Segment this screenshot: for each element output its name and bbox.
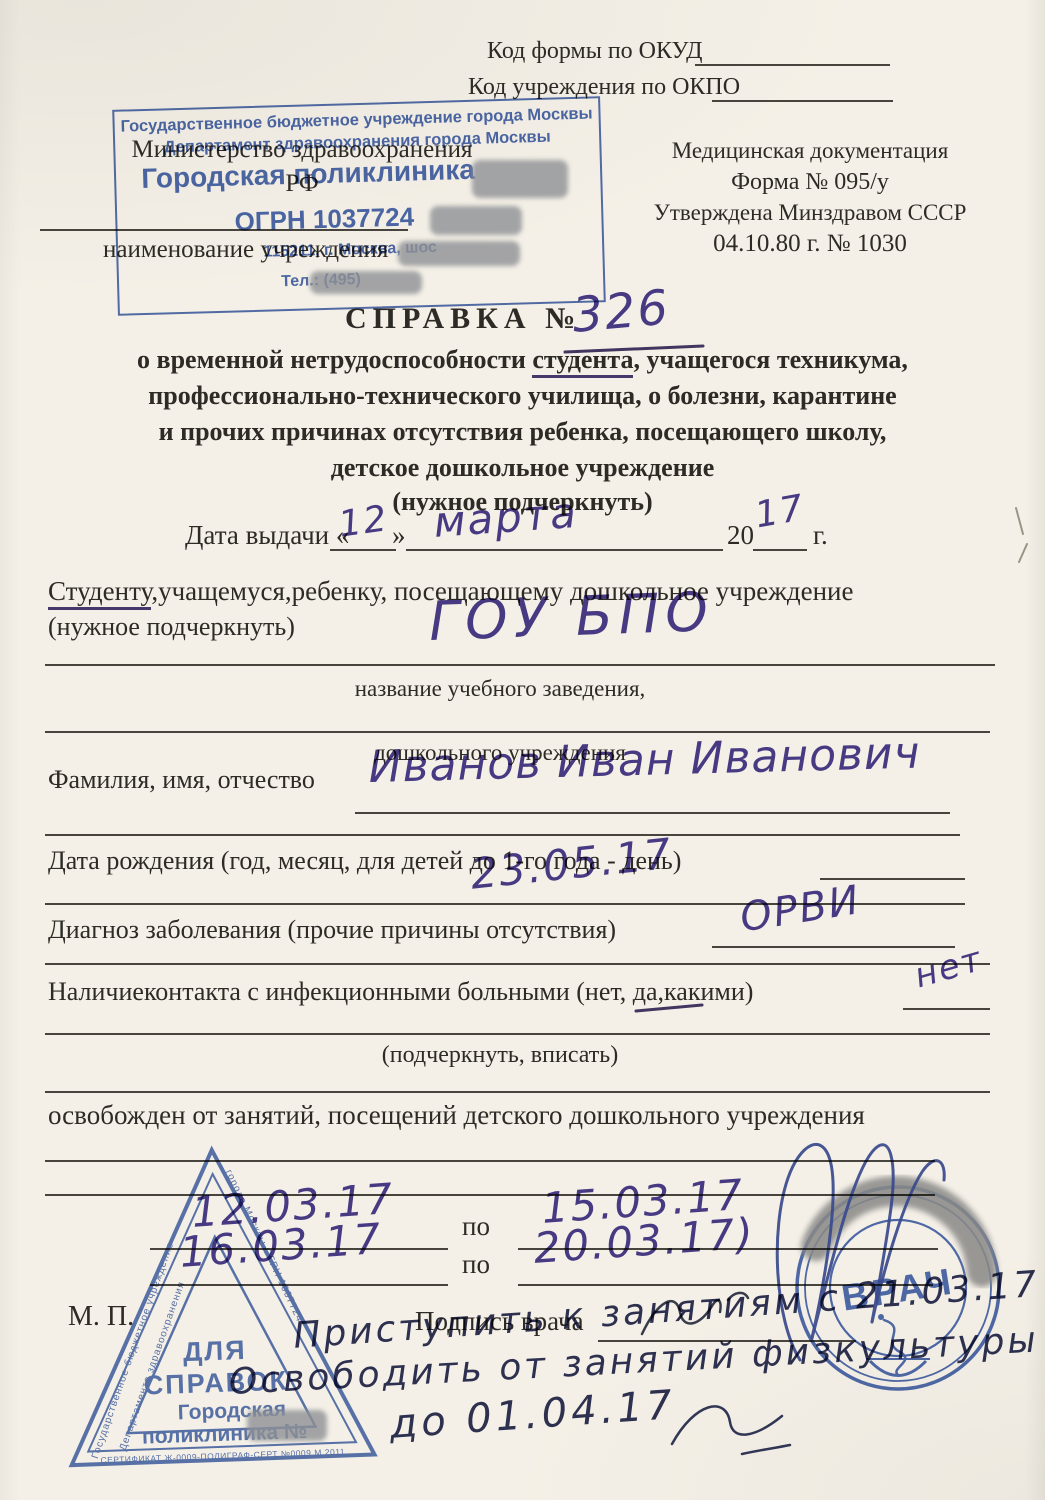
release-row2-line-left [150, 1284, 448, 1286]
issue-month-handwritten: марта [432, 488, 579, 547]
issue-month-line [406, 549, 723, 551]
redaction-patch-clinic-number [472, 160, 568, 198]
fio-handwritten: Иванов Иван Иванович [368, 728, 921, 793]
issue-quote-close: » [392, 520, 406, 551]
diagnosis-line [712, 946, 955, 948]
release-line-top [45, 1160, 935, 1162]
medical-certificate-scan: Код формы по ОКУД Код учреждения по ОКПО… [0, 0, 1045, 1500]
issue-year-suffix: г. [813, 520, 828, 551]
school-name-handwritten: ГОУ БПО [428, 580, 715, 653]
issue-day-handwritten: 12 [336, 498, 391, 546]
student-note: (нужное подчеркнуть) [48, 612, 295, 642]
school-name-line [45, 664, 995, 666]
school-caption: название учебного заведения, [50, 676, 950, 702]
contact-line [903, 1008, 990, 1010]
contact-caption: (подчеркнуть, вписать) [50, 1042, 950, 1069]
edge-smudges [1016, 508, 1027, 562]
fio-label: Фамилия, имя, отчество [48, 765, 315, 795]
separator-line-4 [45, 1033, 990, 1035]
certificate-number-handwritten: 326 [570, 279, 672, 343]
redaction-patch-phone [310, 271, 422, 294]
meddoc-line-2: Форма № 095/у [615, 169, 1005, 196]
release-row1-po: по [462, 1211, 490, 1242]
birth-date-handwritten: 23.05.17 [468, 829, 675, 899]
issue-year-handwritten: 17 [752, 487, 808, 536]
separator-line-3 [45, 963, 990, 965]
intro-word-student-underlined: студента [532, 345, 633, 378]
intro-line-1-pre: о временной нетрудоспособности [137, 345, 532, 374]
separator-line-1 [45, 834, 960, 836]
okpo-label: Код учреждения по ОКПО [468, 74, 740, 101]
okud-label: Код формы по ОКУД [487, 38, 702, 65]
intro-line-1-post: , учащегося техникума, [633, 345, 907, 374]
round-stamp-redaction-arc [816, 1191, 982, 1272]
okud-blank-line [695, 64, 890, 66]
meddoc-line-1: Медицинская документация [615, 138, 1005, 164]
redaction-patch-address [398, 241, 520, 266]
issue-century: 20 [727, 520, 754, 551]
redaction-patch-ogrn [430, 206, 522, 235]
intro-line-4: детское дошкольное учреждение [50, 453, 995, 483]
separator-line-5 [45, 1091, 990, 1093]
redaction-patch-triangle-clinic-number [247, 1410, 327, 1441]
diagnosis-handwritten: ОРВИ [737, 877, 864, 941]
meddoc-line-4: 04.10.80 г. № 1030 [615, 230, 1005, 258]
fio-line [355, 812, 950, 814]
triangle-edge-text-left-outer: Государственное бюджетное учреждение [82, 1240, 183, 1461]
release-line-mid [45, 1194, 935, 1196]
svg-text:Государственное бюджетное учре: Государственное бюджетное учреждение [82, 1240, 183, 1461]
intro-line-1: о временной нетрудоспособности студента,… [50, 345, 995, 375]
diagnosis-label: Диагноз заболевания (прочие причины отсу… [48, 915, 616, 945]
release-label: освобожден от занятий, посещений детског… [48, 1100, 865, 1131]
meddoc-line-3: Утверждена Минздравом СССР [615, 200, 1005, 226]
note-signature [672, 1406, 790, 1454]
intro-line-3: и прочих причинах отсутствия ребенка, по… [50, 417, 995, 447]
student-word-underlined: Студенту [48, 576, 151, 610]
stamp-place-label: М. П. [68, 1301, 134, 1333]
release-row2-po: по [462, 1249, 490, 1280]
intro-line-2: профессионально-технического училища, о … [50, 381, 995, 411]
issue-year-line [753, 549, 807, 551]
issue-date-label: Дата выдачи « [185, 520, 349, 551]
contact-label: Наличиеконтакта с инфекционными больными… [48, 977, 753, 1007]
